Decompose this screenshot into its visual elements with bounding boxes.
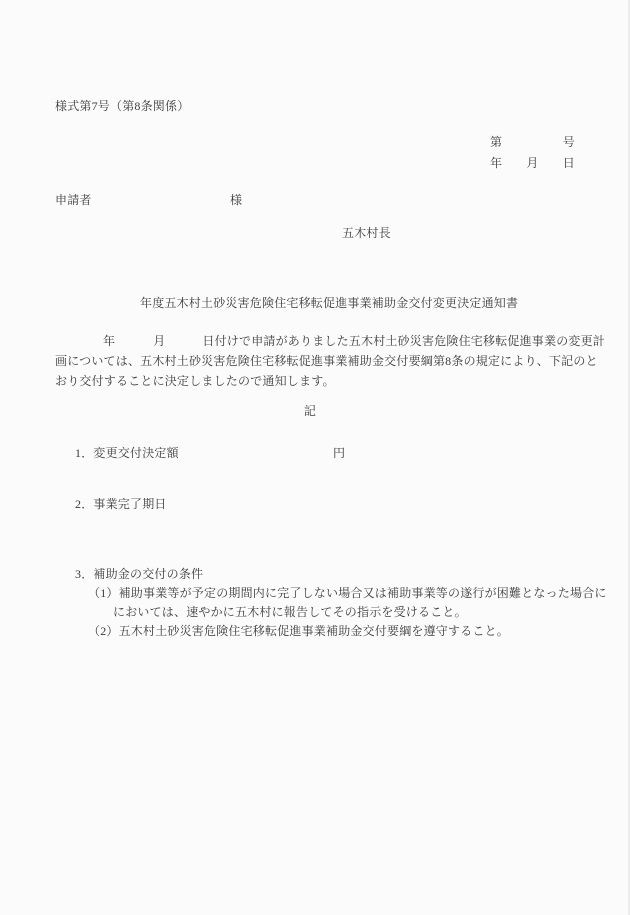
item-grant-conditions: 3． 補助金の交付の条件: [75, 567, 203, 581]
document-title: 年度五木村土砂災害危険住宅移転促進事業補助金交付変更決定通知書: [140, 296, 518, 310]
condition-2-line1: （2） 五木村土砂災害危険住宅移転促進事業補助金交付要綱を遵守すること。: [88, 624, 509, 638]
item2-label: 事業完了期日: [93, 497, 166, 511]
body-paragraph-line2: 画については、五木村土砂災害危険住宅移転促進事業補助金交付要綱第8条の規定により…: [55, 354, 598, 368]
item-changed-grant-amount: 1． 変更交付決定額: [75, 446, 179, 460]
item3-label: 補助金の交付の条件: [93, 567, 203, 581]
item2-number: 2．: [75, 497, 93, 511]
addressee-honorific: 様: [230, 193, 242, 207]
addressee-label: 申請者: [55, 193, 92, 207]
item3-number: 3．: [75, 567, 93, 581]
date-year-label: 年: [490, 156, 502, 170]
condition-1-line1: （1） 補助事業等が予定の期間内に完了しない場合又は補助事業等の遂行が困難となっ…: [88, 586, 607, 600]
item1-currency-unit: 円: [333, 446, 345, 460]
condition-2-number: （2）: [88, 624, 119, 638]
item1-label: 変更交付決定額: [93, 446, 178, 460]
document-number-prefix: 第: [490, 135, 502, 149]
sender-title: 五木村長: [342, 226, 391, 240]
item1-number: 1．: [75, 446, 93, 460]
document-page: 様式第7号（第8条関係） 第 号 年 月 日 申請者 様 五木村長 年度五木村土…: [0, 0, 630, 915]
body-paragraph-line3: おり交付することに決定しましたので通知します。: [55, 374, 335, 388]
condition-1-text: 補助事業等が予定の期間内に完了しない場合又は補助事業等の遂行が困難となった場合に: [119, 586, 607, 600]
body-month-label: 月: [153, 334, 165, 348]
condition-1-line2: においては、速やかに五木村に報告してその指示を受けること。: [113, 605, 467, 619]
body-line1-text: 日付けで申請がありました五木村土砂災害危険住宅移転促進事業の変更計: [202, 334, 605, 348]
form-number: 様式第7号（第8条関係）: [55, 99, 189, 113]
date-month-label: 月: [526, 156, 538, 170]
document-number-suffix: 号: [563, 135, 575, 149]
condition-2-text: 五木村土砂災害危険住宅移転促進事業補助金交付要綱を遵守すること。: [119, 624, 509, 638]
item-project-completion-date: 2． 事業完了期日: [75, 497, 167, 511]
date-day-label: 日: [563, 156, 575, 170]
record-marker: 記: [0, 404, 620, 418]
body-paragraph-line1: 年 月 日付けで申請がありました五木村土砂災害危険住宅移転促進事業の変更計: [103, 334, 605, 348]
body-year-label: 年: [103, 334, 115, 348]
issue-date-line: 年 月 日: [490, 156, 575, 170]
condition-1-number: （1）: [88, 586, 119, 600]
document-number-line: 第 号: [490, 135, 575, 149]
